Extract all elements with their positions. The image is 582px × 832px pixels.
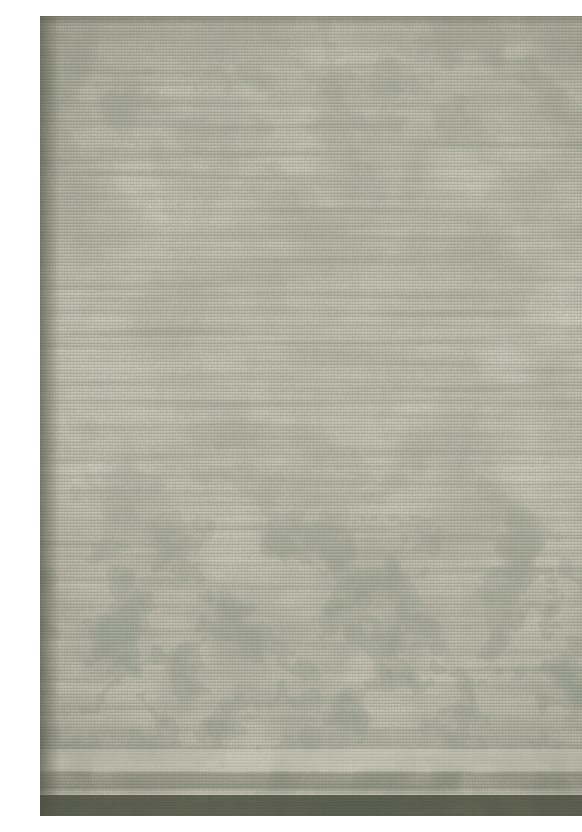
rug-image (40, 16, 582, 816)
rug-photo (40, 16, 582, 816)
vignette-layer (40, 16, 582, 816)
